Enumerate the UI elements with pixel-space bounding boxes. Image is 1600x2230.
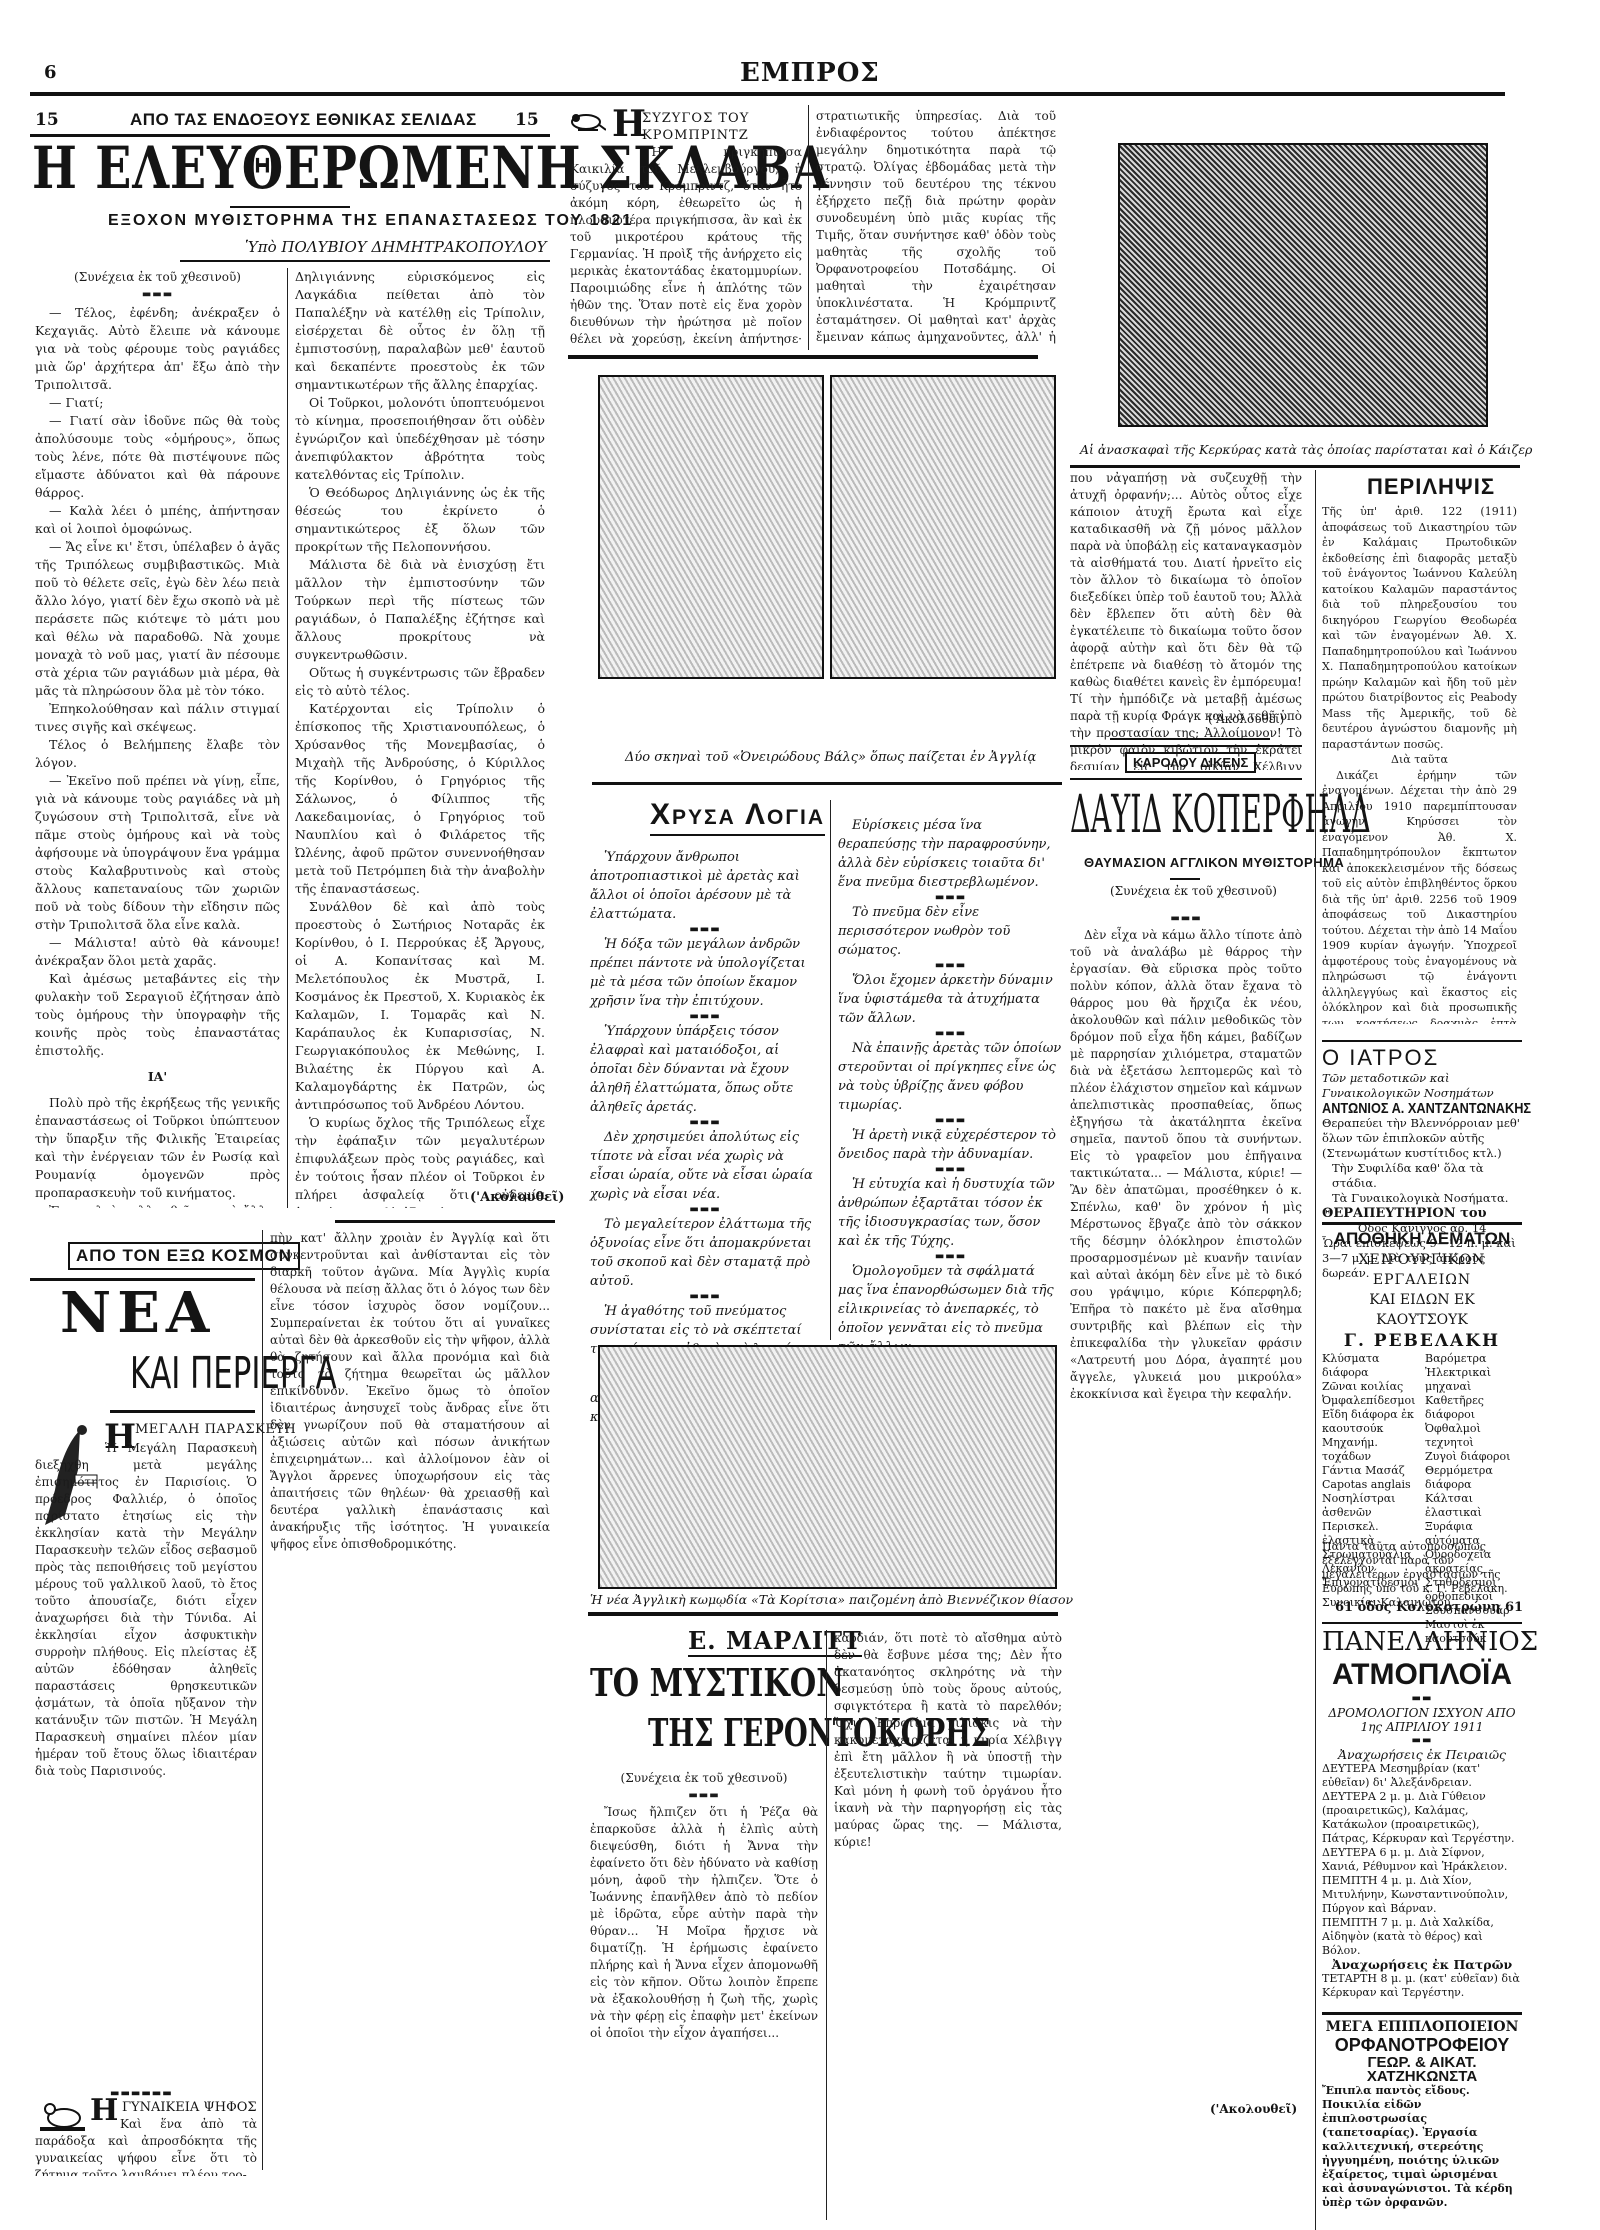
ad-heading: ΑΠΟΘΗΚΗ ΔΕΜΑΤΩΝ bbox=[1322, 1228, 1522, 1250]
paragraph: Πολὺ πρὸ τῆς ἐκρήξεως τῆς γενικῆς ἐπανασ… bbox=[35, 1094, 280, 1202]
paragraph: Καὶ ἕνα ἀπὸ τὰ παράδοξα καὶ ἀπροσδόκητα … bbox=[35, 2116, 257, 2176]
ad-heading: ΓΕΩΡ. & ΑΙΚΑΤ. ΧΑΤΖΗΚΩΝΣΤΑ bbox=[1322, 2056, 1522, 2084]
ad-heading: ΠΑΝΕΛΛΗΝΙΟΣ bbox=[1322, 1626, 1522, 1658]
dickens-follows: ('Ακολουθεῖ) bbox=[1210, 2102, 1297, 2116]
paragraph: Ὁ Θεόδωρος Δηλιγιάννης ὡς ἐκ τῆς θέσεώς … bbox=[295, 484, 545, 556]
paragraph: στρατιωτικῆς ὑπηρεσίας. Διὰ τοῦ ἐνδιαφέρ… bbox=[816, 108, 1056, 348]
quote: Τὸ πνεῦμα δὲν εἶνε περισσότερον νωθρὸν τ… bbox=[838, 903, 1063, 960]
serial-subtitle: ΕΞΟΧΟΝ ΜΥΘΙΣΤΟΡΗΜΑ ΤΗΣ ΕΠΑΝΑΣΤΑΣΕΩΣ ΤΟΥ … bbox=[108, 212, 633, 230]
golden-words-title: Χρυσα Λογια bbox=[650, 798, 825, 836]
ad-heading: ΧΕΙΡΟΥΡΓΙΚΩΝ ΕΡΓΑΛΕΙΩΝ bbox=[1322, 1250, 1522, 1290]
foreign-news: ΑΠΟ ΤΟΝ ΕΞΩ ΚΟΣΜΟΝ ΝΕΑ ΚΑΙ ΠΕΡΙΕΡΓΑ Η ΜΕ… bbox=[30, 1230, 550, 2230]
quote: Ἡ ἀρετὴ νικᾷ εὐχερέστερον τὸ ὄνειδος παρ… bbox=[838, 1126, 1063, 1164]
serial-left-column-2: Δηλιγιάννης εὑρισκόμενος εἰς Λαγκάδια πε… bbox=[295, 268, 545, 1208]
ad-heading: ΚΑΙ ΕΙΔΩΝ ΕΚ ΚΑΟΥΤΣΟΥΚ bbox=[1322, 1290, 1522, 1330]
patras-heading: Ἀναχωρήσεις ἐκ Πατρῶν bbox=[1322, 1958, 1522, 1972]
newspaper-title: ΕΜΠΡΟΣ bbox=[740, 58, 880, 88]
ad-steamship: ΠΑΝΕΛΛΗΝΙΟΣ ΑΤΜΟΠΛΟΪΑ ▬▬ ΔΡΟΜΟΛΟΓΙΟΝ ΙΣΧ… bbox=[1322, 1626, 1522, 2011]
marlitt-column-1: (Συνέχεια ἐκ τοῦ χθεσινοῦ) ▬▬▬ Ἴσως ἤλπι… bbox=[590, 1770, 818, 2210]
news-item-2-body: Καὶ ἕνα ἀπὸ τὰ παράδοξα καὶ ἀπροσδόκητα … bbox=[35, 2116, 257, 2176]
ad-heading: ΜΕΓΑ ΕΠΙΠΛΟΠΟΙΕΙΟΝ bbox=[1322, 2020, 1522, 2034]
foreign-news-banner: ΑΠΟ ΤΟΝ ΕΞΩ ΚΟΣΜΟΝ bbox=[68, 1242, 300, 1270]
clinic-label: ΘΕΡΑΠΕΥΤΗΡΙΟΝ του bbox=[1322, 1206, 1522, 1221]
legal-summary: ΠΕΡΙΛΗΨΙΣ Τῆς ὑπ' ἀριθ. 122 (1911) ἀποφά… bbox=[1322, 470, 1522, 1035]
paragraph: — Τέλος, ἐφένδη; ἀνέκραξεν ὁ Κεχαγιᾶς. Α… bbox=[35, 304, 280, 394]
ad-owner: Γ. ΡΕΒΕΛΑΚΗ bbox=[1322, 1330, 1522, 1352]
golden-words: Χρυσα Λογια Ὑπάρχουν ἄνθρωποι ἀποτροπιασ… bbox=[590, 790, 1065, 1350]
paragraph: Καὶ ἀμέσως μεταβάντες εἰς τὴν φυλακὴν το… bbox=[35, 970, 280, 1060]
photo-caption-corfu: Αἱ ἀνασκαφαὶ τῆς Κερκύρας κατὰ τὰς ὁποία… bbox=[1080, 442, 1532, 457]
photo-caption-comedy: Ἡ νέα Ἀγγλικὴ κωμῳδία «Τὰ Κορίτσια» παιζ… bbox=[590, 1592, 1073, 1607]
serial-eleftheromeni-sklava: 15 ΑΠΟ ΤΑΣ ΕΝΔΟΞΟΥΣ ΕΘΝΙΚΑΣ ΣΕΛΙΔΑΣ 15 Η… bbox=[30, 100, 560, 1210]
serial-left-column-1: (Συνέχεια ἐκ τοῦ χθεσινοῦ) ▬▬▬ — Τέλος, … bbox=[35, 268, 280, 1208]
serial-author: Ὑπὸ ΠΟΛΥΒΙΟΥ ΔΗΜΗΤΡΑΚΟΠΟΥΛΟΥ bbox=[245, 238, 547, 256]
ad-address: 61 ὁδὸς Κολοκοτρώνη 61 bbox=[1335, 1600, 1523, 1615]
ad-line: Τὴν Συφιλίδα καθ' ὅλα τὰ στάδια. bbox=[1322, 1161, 1522, 1191]
quote: Ὑπάρχουν ὑπάρξεις τόσον ἐλαφραὶ καὶ ματα… bbox=[590, 1022, 820, 1117]
paragraph: — Γιατί σὰν ἰδοῦνε πῶς θὰ τοὺς ἀπολύσουμ… bbox=[35, 412, 280, 502]
episode-number-right: 15 bbox=[515, 110, 539, 130]
ad-body: Ἔπιπλα παντὸς εἴδους. Ποικιλία εἰδῶν ἐπι… bbox=[1322, 2084, 1522, 2210]
departure: ΔΕΥΤΕΡΑ 2 μ. μ. Διὰ Γύθειον (προαιρετικῶ… bbox=[1322, 1790, 1522, 1846]
ad-surgical-supplies: ΑΠΟΘΗΚΗ ΔΕΜΑΤΩΝ ΧΕΙΡΟΥΡΓΙΚΩΝ ΕΡΓΑΛΕΙΩΝ Κ… bbox=[1322, 1228, 1522, 1528]
separator: ▬▬▬ bbox=[35, 286, 280, 304]
quote: Ὑπάρχουν ἄνθρωποι ἀποτροπιαστικοὶ μὲ ἀρε… bbox=[590, 848, 820, 924]
paragraph: Κατέρχονται εἰς Τρίπολιν ὁ ἐπίσκοπος τῆς… bbox=[295, 700, 545, 898]
ad-line: Θεραπεύει τὴν Βλεννόρροιαν μεθ' ὅλων τῶν… bbox=[1322, 1116, 1522, 1161]
paragraph: Συνάλθον δὲ καὶ ἀπὸ τοὺς προεστοὺς ὁ Σωτ… bbox=[295, 898, 545, 1114]
paragraph: Δικάζει ἐρήμην τῶν ἐναγομένων. Δέχεται τ… bbox=[1322, 768, 1517, 1025]
quote: Τὸ μεγαλείτερον ἐλάττωμα τῆς ὀξυνοίας εἶ… bbox=[590, 1215, 820, 1291]
continuation-note: (Συνέχεια ἐκ τοῦ χθεσινοῦ) bbox=[35, 268, 280, 286]
dickens-top-follows: ('Ακολουθεῖ) bbox=[1208, 712, 1284, 726]
quote: Εὑρίσκεις μέσα ἵνα θεραπεύσῃς τὴν παραφρ… bbox=[838, 816, 1063, 892]
ad-line: Τὰ Γυναικολογικὰ Νοσήματα. bbox=[1322, 1191, 1522, 1206]
paragraph: Οἱ Τοῦρκοι, μολονότι ὑποπτευόμενοι τὸ κί… bbox=[295, 394, 545, 484]
drop-cap: Η bbox=[612, 106, 646, 142]
kronprinz-column-2: στρατιωτικῆς ὑπηρεσίας. Διὰ τοῦ ἐνδιαφέρ… bbox=[816, 108, 1056, 348]
paragraph: Ἐπιστολαὶ συλληφθεῖσαι καὶ ἄλλαι πληροφο… bbox=[35, 1202, 280, 1208]
golden-words-left: Ὑπάρχουν ἄνθρωποι ἀποτροπιαστικοὶ μὲ ἀρε… bbox=[590, 848, 820, 1427]
ad-doctor: Ο ΙΑΤΡΟΣ Τῶν μεταδοτικῶν καὶ Γυναικολογι… bbox=[1322, 1045, 1522, 1220]
piraeus-heading: Ἀναχωρήσεις ἐκ Πειραιῶς bbox=[1322, 1748, 1522, 1762]
paragraph: Δηλιγιάννης εὑρισκόμενος εἰς Λαγκάδια πε… bbox=[295, 268, 545, 394]
article-kronprinz-wife: Η ΣΥΖΥΓΟΣ ΤΟΥ ΚΡΟΜΠΡΙΝΤΖ Ἡ πριγκήπισσα Κ… bbox=[568, 100, 1068, 350]
series-banner: ΑΠΟ ΤΑΣ ΕΝΔΟΞΟΥΣ ΕΘΝΙΚΑΣ ΣΕΛΙΔΑΣ bbox=[130, 110, 477, 130]
continuation-note: (Συνέχεια ἐκ τοῦ χθεσινοῦ) bbox=[1110, 884, 1277, 898]
photo-caption-waltz: Δύο σκηναὶ τοῦ «Ὀνειρώδους Βάλς» ὅπως πα… bbox=[625, 750, 1036, 765]
masthead: 6 ΕΜΠΡΟΣ bbox=[0, 0, 1600, 100]
quote: Ἡ δόξα τῶν μεγάλων ἀνδρῶν πρέπει πάντοτε… bbox=[590, 935, 820, 1011]
departure: ΠΕΜΠΤΗ 4 μ. μ. Διὰ Χίον, Μιτυλήνην, Κωνσ… bbox=[1322, 1874, 1522, 1916]
paragraph: Τῆς ὑπ' ἀριθ. 122 (1911) ἀποφάσεως τοῦ Δ… bbox=[1322, 504, 1517, 752]
ad-heading: ΟΡΦΑΝΟΤΡΟΦΕΙΟΥ bbox=[1322, 2034, 1522, 2056]
schedule-title: ΔΡΟΜΟΛΟΓΙΟΝ ΙΣΧΥΟΝ ΑΠΟ 1ης ΑΠΡΙΛΙΟΥ 1911 bbox=[1322, 1706, 1522, 1734]
golden-words-right: Εὑρίσκεις μέσα ἵνα θεραπεύσῃς τὴν παραφρ… bbox=[838, 816, 1063, 1406]
news-title-line-1: ΝΕΑ bbox=[60, 1280, 215, 1346]
legal-summary-title: ΠΕΡΙΛΗΨΙΣ bbox=[1367, 474, 1495, 500]
legal-summary-body: Τῆς ὑπ' ἀριθ. 122 (1911) ἀποφάσεως τοῦ Δ… bbox=[1322, 504, 1517, 1024]
paragraph: Ἴσως ἤλπιζεν ὅτι ἡ Ῥέζα θὰ ἐπαρκοῦσε ἀλλ… bbox=[590, 1804, 818, 2042]
paragraph: Ἡ Μεγάλη Παρασκευὴ διεξήχθη μετὰ μεγάλης… bbox=[35, 1440, 257, 1780]
quote: Ἡ εὐτυχία καὶ ἡ δυστυχία τῶν ἀνθρώπων ἐξ… bbox=[838, 1175, 1063, 1251]
ad-title: Ο ΙΑΤΡΟΣ bbox=[1322, 1045, 1522, 1071]
paragraph: Μάλιστα δὲ διὰ νὰ ἐνισχύσῃ ἔτι μᾶλλον τὴ… bbox=[295, 556, 545, 664]
dia-tauta: Διὰ ταῦτα bbox=[1322, 752, 1517, 768]
dickens-body: ▬▬▬ Δὲν εἶχα νὰ κάμω ἄλλο τίποτε ἀπὸ τοῦ… bbox=[1070, 910, 1302, 2220]
paragraph: — Μάλιστα! αὐτὸ θὰ κάνουμε! ἀνέκραξαν ὅλ… bbox=[35, 934, 280, 970]
quote: Ὁμολογοῦμεν τὰ σφάλματά μας ἵνα ἐπανορθώ… bbox=[838, 1262, 1063, 1357]
masthead-rule bbox=[30, 92, 1505, 96]
photo-waltz-scene-right bbox=[830, 375, 1056, 679]
quote: Νὰ ἐπαινῇς ἀρετὰς τῶν ὁποίων στεροῦνται … bbox=[838, 1039, 1063, 1115]
news-item-title: ΓΥΝΑΙΚΕΙΑ ΨΗΦΟΣ bbox=[122, 2100, 257, 2115]
quote: Ὅλοι ἔχομεν ἀρκετὴν δύναμιν ἵνα ὑφιστάμε… bbox=[838, 971, 1063, 1028]
paragraph: Δὲν εἶχα νὰ κάμω ἄλλο τίποτε ἀπὸ τοῦ νὰ … bbox=[1070, 927, 1302, 1403]
paragraph: — Ἄς εἶνε κι' ἔτσι, ὑπέλαβεν ὁ ἀγᾶς τῆς … bbox=[35, 538, 280, 700]
departure: ΤΕΤΑΡΤΗ 8 μ. μ. (κατ' εὐθεῖαν) διὰ Κέρκυ… bbox=[1322, 1972, 1522, 2000]
paragraph: Οὕτως ἡ συγκέντρωσις τῶν ἔβραδεν εἰς τὸ … bbox=[295, 664, 545, 700]
serial-marlitt: Ε. ΜΑΡΛΙΤΤ ΤΟ ΜΥΣΤΙΚΟΝ ΤΗΣ ΓΕΡΟΝΤΟΚΟΡΗΣ … bbox=[588, 1620, 1063, 2220]
dickens-author-banner: ΚΑΡΟΛΟΥ ΔΙΚΕΝΣ bbox=[1125, 752, 1256, 773]
continuation-note: (Συνέχεια ἐκ τοῦ χθεσινοῦ) bbox=[590, 1770, 818, 1787]
departure: ΠΕΜΠΤΗ 7 μ. μ. Διὰ Χαλκίδα, Αἰδηψὸν (κατ… bbox=[1322, 1916, 1522, 1958]
ad-furniture-orphanage: ΜΕΓΑ ΕΠΙΠΛΟΠΟΙΕΙΟΝ ΟΡΦΑΝΟΤΡΟΦΕΙΟΥ ΓΕΩΡ. … bbox=[1322, 2020, 1522, 2200]
marlitt-column-2: καρδιάν, ὅτι ποτὲ τὸ αἴσθημα αὐτὸ δὲν θὰ… bbox=[834, 1630, 1062, 2220]
article-title: ΣΥΖΥΓΟΣ ΤΟΥ ΚΡΟΜΠΡΙΝΤΖ bbox=[642, 110, 807, 144]
page-number: 6 bbox=[44, 62, 57, 83]
ad-heading: ΑΤΜΟΠΛΟΪΑ bbox=[1322, 1658, 1522, 1692]
paragraph: — Γιατί; bbox=[35, 394, 280, 412]
dickens-subtitle: ΘΑΥΜΑΣΙΟΝ ΑΓΓΛΙΚΟΝ ΜΥΘΙΣΤΟΡΗΜΑ bbox=[1084, 855, 1344, 870]
departure: ΔΕΥΤΕΡΑ 6 μ. μ. Διὰ Σίφνον, Χανιά, Ρέθυμ… bbox=[1322, 1846, 1522, 1874]
paragraph: Ἡ πριγκήπισσα Καικιλία τοῦ Μεκλεμβούργου… bbox=[570, 144, 802, 349]
episode-number-left: 15 bbox=[35, 110, 59, 130]
photo-waltz-scene-left bbox=[598, 375, 824, 679]
news-item-1-body: Ἡ Μεγάλη Παρασκευὴ διεξήχθη μετὰ μεγάλης… bbox=[35, 1440, 257, 2080]
serial-dickens: που νἀγαπήσῃ νὰ συζευχθῇ τὴν ἀτυχῆ ὀρφαν… bbox=[1070, 470, 1310, 2230]
marlitt-title-line-1: ΤΟ ΜΥΣΤΙΚΟΝ bbox=[590, 1660, 844, 1705]
photo-english-comedy bbox=[598, 1345, 1057, 1589]
paragraph: Ἐπηκολούθησαν καὶ πάλιν στιγμαί τινες σι… bbox=[35, 700, 280, 736]
ad-specialty: Τῶν μεταδοτικῶν καὶ Γυναικολογικῶν Νοσημ… bbox=[1322, 1071, 1522, 1101]
quote: Δὲν χρησιμεύει ἀπολύτως εἰς τίποτε νὰ εἶ… bbox=[590, 1128, 820, 1204]
paragraph: πὴν κατ' ἄλλην χροιὰν ἐν Ἀγγλίᾳ καὶ ὅτι … bbox=[270, 1230, 550, 1553]
paragraph: καρδιάν, ὅτι ποτὲ τὸ αἴσθημα αὐτὸ δὲν θὰ… bbox=[834, 1630, 1062, 1851]
paragraph: — Καλὰ λέει ὁ μπέης, ἀπήντησαν καὶ οἱ λο… bbox=[35, 502, 280, 538]
paragraph: — Ἐκεῖνο ποῦ πρέπει νὰ γίνῃ, εἶπε, γιὰ ν… bbox=[35, 772, 280, 934]
serial-follows: ('Ακολουθεῖ) bbox=[470, 1190, 564, 1205]
bird-icon bbox=[568, 110, 606, 136]
chapter-mark: ΙΑ' bbox=[35, 1068, 280, 1086]
kronprinz-column-1: Ἡ πριγκήπισσα Καικιλία τοῦ Μεκλεμβούργου… bbox=[570, 144, 802, 349]
departure: ΔΕΥΤΕΡΑ Μεσημβρίαν (κατ' εὐθεῖαν) δι' Ἀλ… bbox=[1322, 1762, 1522, 1790]
doctor-name: ΑΝΤΩΝΙΟΣ Α. ΧΑΝΤΖΑΝΤΩΝΑΚΗΣ bbox=[1322, 1101, 1492, 1116]
photo-corfu-excavations bbox=[1118, 143, 1488, 427]
paragraph: Τέλος ὁ Βελήμπεης ἔλαβε τὸν λόγον. bbox=[35, 736, 280, 772]
news-column-2: πὴν κατ' ἄλλην χροιὰν ἐν Ἀγγλίᾳ καὶ ὅτι … bbox=[270, 1230, 550, 2170]
